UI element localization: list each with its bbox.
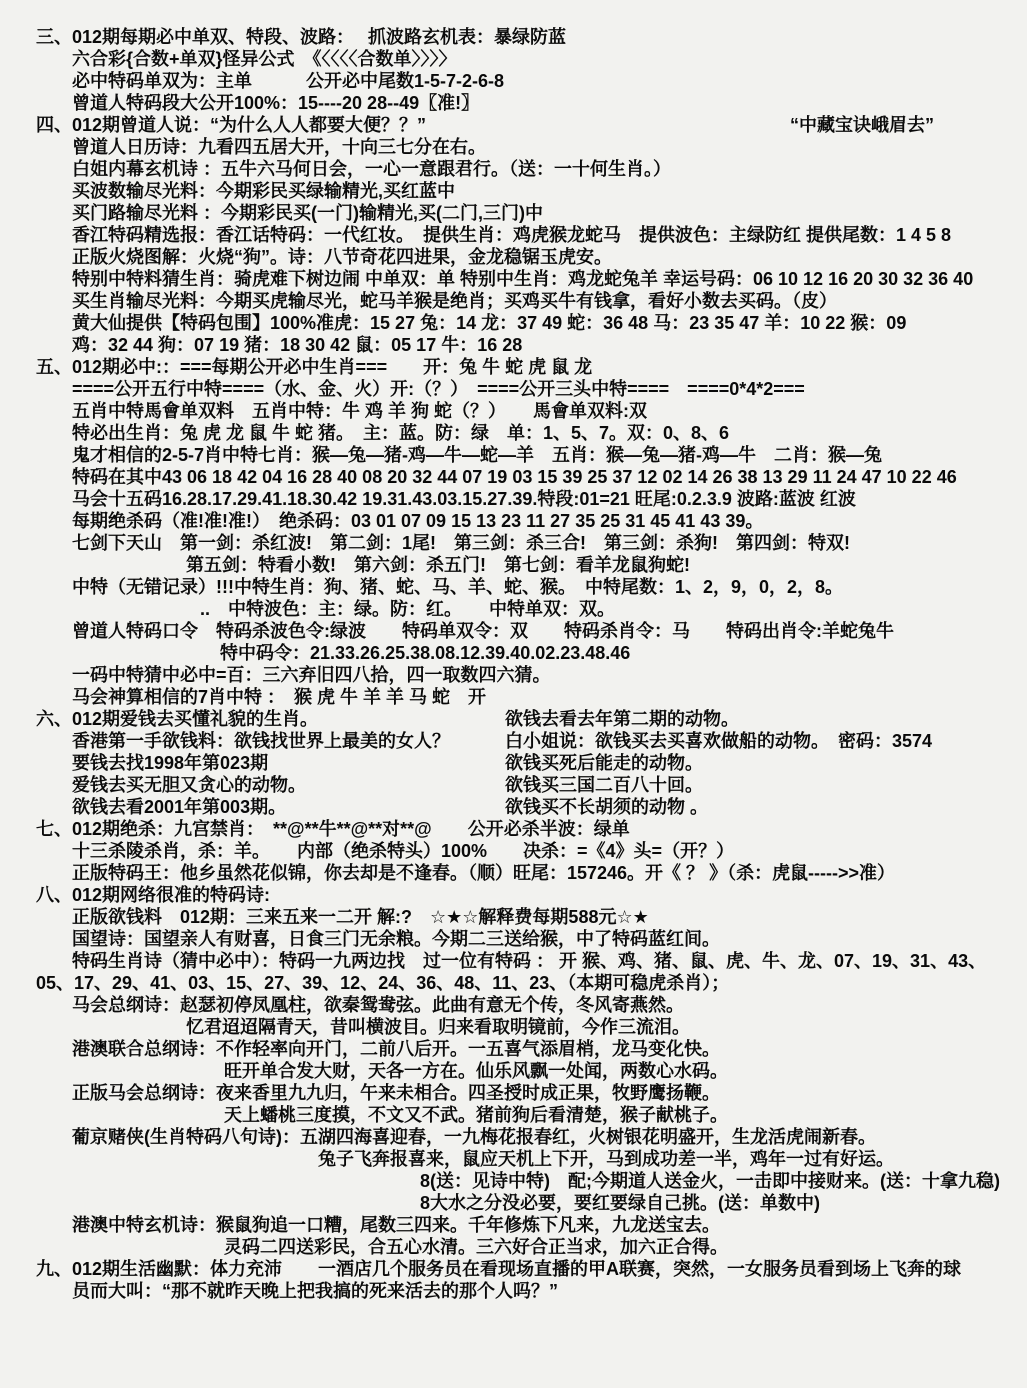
text-line-right: “中藏宝诀峨眉去”: [790, 114, 934, 136]
text-line: 特别中特料猜生肖：骑虎难下树边闹 中单双：单 特别中生肖：鸡龙蛇兔羊 幸运号码：…: [0, 268, 1027, 290]
section-heading: 六、012期爱钱去买懂礼貌的生肖。欲钱去看去年第二期的动物。: [0, 708, 1027, 730]
text-line: 六合彩{合数+单双}怪异公式 《〈〈〈〈合数单〉〉〉〉: [0, 48, 1027, 70]
section-heading: 八、012期网络很准的特码诗:: [0, 884, 1027, 906]
text-line: 港澳中特玄机诗：猴鼠狗追一口糟，尾数三四来。千年修炼下凡来，九龙送宝去。: [0, 1214, 1027, 1236]
text-line: 员而大叫：“那不就昨天晚上把我搞的死来活去的那个人吗？”: [0, 1280, 1027, 1302]
text-line: 特码生肖诗（猜中必中）：特码一九两边找 过一位有特码 ： 开 猴、鸡、猪、鼠、虎…: [0, 950, 1027, 972]
text-line: 特必出生肖：兔 虎 龙 鼠 牛 蛇 猪。 主：蓝。防：绿 单：1、5、7。双：0…: [0, 422, 1027, 444]
text-line: 香港第一手欲钱料：欲钱找世界上最美的女人？白小姐说：欲钱买去买喜欢做船的动物。 …: [0, 730, 1027, 752]
text-line: 欲钱去看2001年第003期。欲钱买不长胡须的动物 。: [0, 796, 1027, 818]
text-line: ====公开五行中特====（水、金、火）开:（？） ====公开三头中特===…: [0, 378, 1027, 400]
text-line: 8(送：见诗中特) 配;今期道人送金火，一击即中接财来。(送：十拿九稳): [0, 1170, 1027, 1192]
text-line: 05、17、29、41、03、15、27、39、12、24、36、48、11、2…: [0, 972, 1027, 994]
text-line: 天上蟠桃三度摸，不文又不武。猪前狗后看清楚，猴子献桃子。: [0, 1104, 1027, 1126]
text-line: 正版马会总纲诗：夜来香里九九归，午来未相合。四圣授时成正果，牧野鹰扬鞭。: [0, 1082, 1027, 1104]
text-line: 忆君迢迢隔青天，昔叫横波目。归来看取明镜前，今作三流泪。: [0, 1016, 1027, 1038]
text-line: 买门路输尽光料 ：今期彩民买(一门)输精光,买(二门,三门)中: [0, 202, 1027, 224]
text-line: 五肖中特馬會单双料 五肖中特：牛 鸡 羊 狗 蛇（？） 馬會单双料:双: [0, 400, 1027, 422]
text-line: 正版特码王：他乡虽然花似锦，你去却是不逢春。（顺）旺尾：157246。开《 ？ …: [0, 862, 1027, 884]
text-line: 灵码二四送彩民，合五心水清。三六好合正当求，加六正合得。: [0, 1236, 1027, 1258]
text-line-right: 白小姐说：欲钱买去买喜欢做船的动物。 密码：3574: [505, 730, 932, 752]
text-line: 国望诗：国望亲人有财喜，日食三门无余粮。今期二三送给猴，中了特码蓝红间。: [0, 928, 1027, 950]
text-line: 曾道人特码段大公开100%：15----20 28--49〖准!〗: [0, 92, 1027, 114]
text-line: 马会总纲诗：赵瑟初停凤凰柱，欲秦鸳鸯弦。此曲有意无个传，冬风寄燕然。: [0, 994, 1027, 1016]
text-line: 特中码令：21.33.26.25.38.08.12.39.40.02.23.48…: [0, 642, 1027, 664]
text-line: 葡京赌侠(生肖特码八句诗)：五湖四海喜迎春，一九梅花报春红，火树银花明盛开，生龙…: [0, 1126, 1027, 1148]
text-line: 买波数输尽光料：今期彩民买绿输精光,买红蓝中: [0, 180, 1027, 202]
text-line-right: 欲钱买三国二百八十回。: [505, 774, 703, 796]
text-line: 十三杀陵杀肖，杀：羊。 内部（绝杀特头）100% 决杀：=《4》头=（开？）: [0, 840, 1027, 862]
text-line: 要钱去找1998年第023期欲钱买死后能走的动物。: [0, 752, 1027, 774]
text-line: 港澳联合总纲诗：不作轻率向开门，二前八后开。一五喜气添眉梢，龙马变化快。: [0, 1038, 1027, 1060]
text-line: 买生肖输尽光料：今期买虎输尽光，蛇马羊猴是绝肖；买鸡买牛有钱拿，看好小数去买码。…: [0, 290, 1027, 312]
text-line: 特码在其中43 06 18 42 04 16 28 40 08 20 32 44…: [0, 466, 1027, 488]
text-line: 一码中特猜中必中=百：三六弃旧四八拾，四一取数四六猜。: [0, 664, 1027, 686]
text-line: 七剑下天山 第一剑：杀红波! 第二剑：1尾! 第三剑：杀三合! 第三剑：杀狗! …: [0, 532, 1027, 554]
text-line: 鸡：32 44 狗：07 19 猪：18 30 42 鼠：05 17 牛：16 …: [0, 334, 1027, 356]
text-line: 曾道人特码口令 特码杀波色令:绿波 特码单双令：双 特码杀肖令：马 特码出肖令:…: [0, 620, 1027, 642]
text-line: 香江特码精选报：香江话特码：一代红妆。 提供生肖：鸡虎猴龙蛇马 提供波色：主绿防…: [0, 224, 1027, 246]
section-heading: 七、012期绝杀：九宫禁肖： **@**牛**@**对**@ 公开必杀半波：绿单: [0, 818, 1027, 840]
text-line: 正版欲钱料 012期：三来五来一二开 解:? ☆★☆解释费每期588元☆★: [0, 906, 1027, 928]
text-line: 中特（无错记录）!!!中特生肖：狗、猪、蛇、马、羊、蛇、猴。 中特尾数：1、2，…: [0, 576, 1027, 598]
text-line: 鬼才相信的2-5-7肖中特七肖：猴—兔—猪-鸡—牛—蛇—羊 五肖：猴—兔—猪-鸡…: [0, 444, 1027, 466]
text-line: 马会十五码16.28.17.29.41.18.30.42 19.31.43.03…: [0, 488, 1027, 510]
section-heading: 九、012期生活幽默：体力充沛 一酒店几个服务员在看现场直播的甲A联赛，突然，一…: [0, 1258, 1027, 1280]
section-heading: 四、012期曾道人说：“为什么人人都要大便？？”“中藏宝诀峨眉去”: [0, 114, 1027, 136]
text-line-right: 欲钱买死后能走的动物。: [505, 752, 703, 774]
text-line: 旺开单合发大财，天各一方在。仙乐风飘一处闻，两数心水码。: [0, 1060, 1027, 1082]
text-line: 爱钱去买无胆又贪心的动物。欲钱买三国二百八十回。: [0, 774, 1027, 796]
text-line: 兔子飞奔报喜来，鼠应天机上下开，马到成功差一半，鸡年一过有好运。: [0, 1148, 1027, 1170]
text-line: 黄大仙提供【特码包围】100%准虎：15 27 兔：14 龙：37 49 蛇：3…: [0, 312, 1027, 334]
text-line: .. 中特波色：主：绿。防：红。 中特单双：双。: [0, 598, 1027, 620]
text-line-right: 欲钱买不长胡须的动物 。: [505, 796, 708, 818]
text-line: 8大水之分没必要，要红要绿自己挑。(送：单数中): [0, 1192, 1027, 1214]
text-line: 正版火烧图解：火烧“狗”。诗：八节奇花四进果，金龙稳锯玉虎安。: [0, 246, 1027, 268]
text-line: 马会神算相信的7肖中特 ： 猴 虎 牛 羊 羊 马 蛇 开: [0, 686, 1027, 708]
text-line: 曾道人日历诗：九看四五居大开，十向三七分在右。: [0, 136, 1027, 158]
lottery-tip-sheet: 三、012期每期必中单双、特段、波路： 抓波路玄机表：暴绿防蓝六合彩{合数+单双…: [0, 0, 1027, 1302]
section-heading: 五、012期必中:：===每期公开必中生肖=== 开：兔 牛 蛇 虎 鼠 龙: [0, 356, 1027, 378]
text-line-right: 欲钱去看去年第二期的动物。: [505, 708, 739, 730]
text-line: 必中特码单双为：主单 公开必中尾数1-5-7-2-6-8: [0, 70, 1027, 92]
text-line: 第五剑：特看小数! 第六剑：杀五门! 第七剑：看羊龙鼠狗蛇!: [0, 554, 1027, 576]
text-line: 每期绝杀码（准!准!准!） 绝杀码：03 01 07 09 15 13 23 1…: [0, 510, 1027, 532]
text-line: 白姐内幕玄机诗 ：五牛六马何日会，一心一意跟君行。（送：一十何生肖。）: [0, 158, 1027, 180]
section-heading: 三、012期每期必中单双、特段、波路： 抓波路玄机表：暴绿防蓝: [0, 26, 1027, 48]
